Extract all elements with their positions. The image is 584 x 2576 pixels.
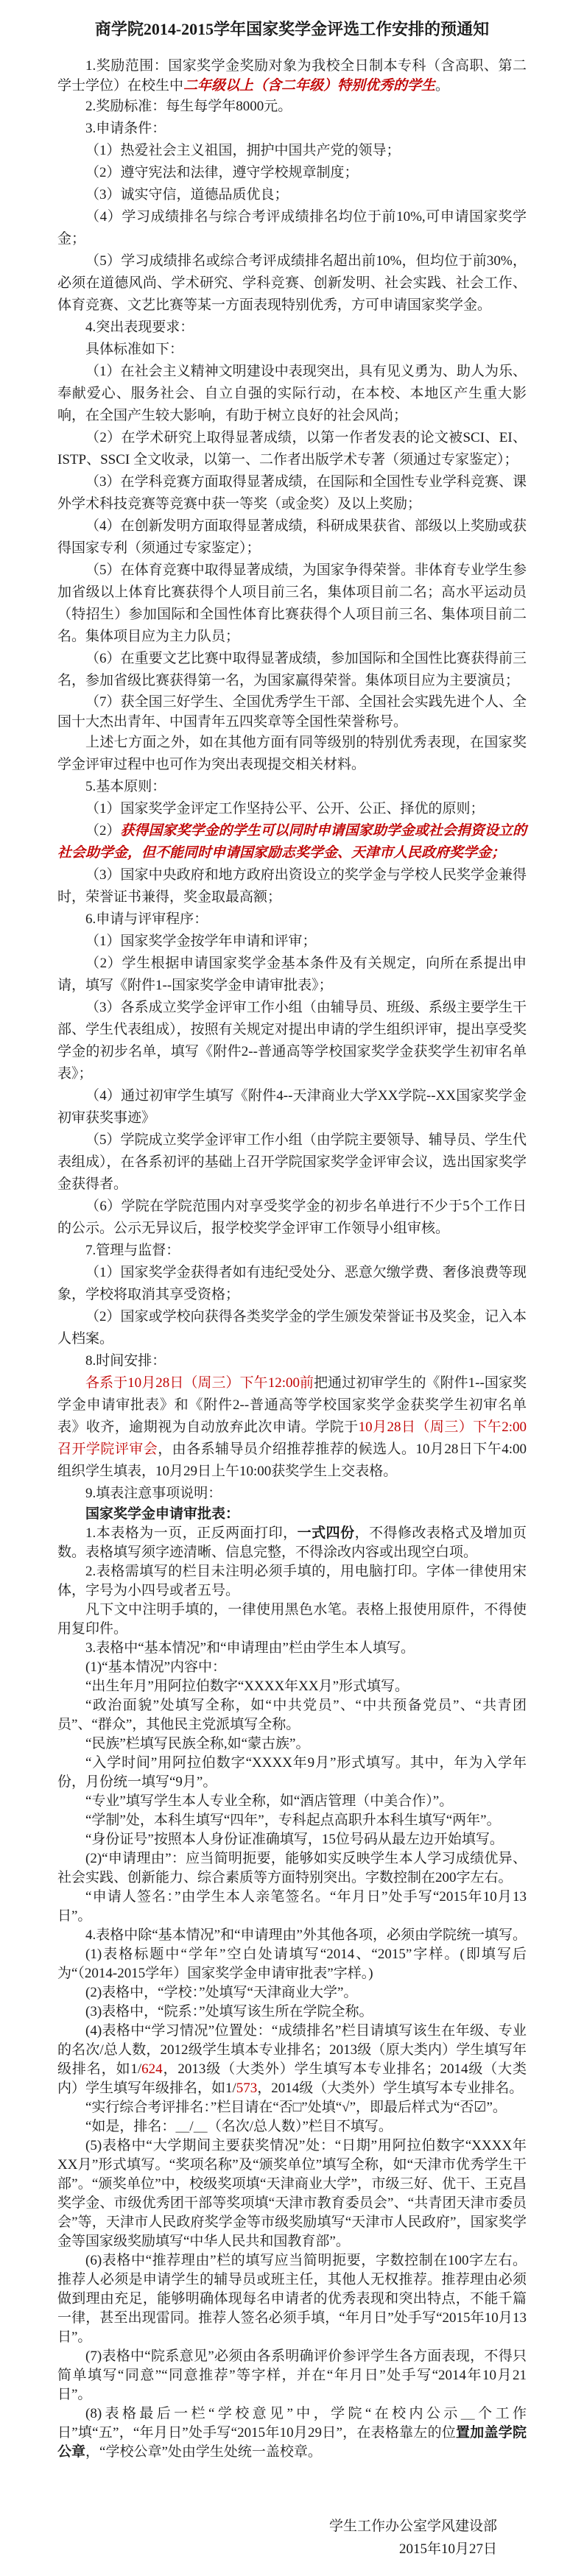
text-run: （1）热爱社会主义祖国，拥护中国共产党的领导； (85, 143, 401, 158)
paragraph: (4)表格中“学习情况”位置处：“成绩排名”栏目请填写该生在年级、专业的名次/总… (57, 2022, 527, 2098)
paragraph: 具体标准如下： (57, 339, 527, 361)
paragraph: （1）国家奖学金获得者如有违纪受处分、恶意欠缴学费、奢侈浪费等现象，学校将取消其… (57, 1262, 527, 1306)
text-run: （3）在学科竞赛方面取得显著成绩，在国际和全国性专业学科竞赛、课外学术科技竞赛等… (57, 474, 527, 512)
document-title: 商学院2014-2015学年国家奖学金评选工作安排的预通知 (57, 18, 527, 41)
paragraph: 1.本表格为一页，正反两面打印，一式四份，不得修改表格式及增加页数。表格填写须字… (57, 1524, 527, 1562)
paragraph: “专业”填写学生本人专业全称，如“酒店管理（中美合作）”。 (57, 1792, 527, 1811)
text-run: （2）在学术研究上取得显著成绩，以第一作者发表的论文被SCI、EI、ISTP、S… (57, 430, 527, 467)
text-run: （6）学院在学院范围内对享受奖学金的初步名单进行不少于5个工作日的公示。公示无异… (57, 1199, 527, 1236)
paragraph: 9.填表注意事项说明： (57, 1483, 527, 1505)
text-run-b: 国家奖学金申请审批表： (85, 1506, 239, 1522)
paragraph: （3）诚实守信，道德品质优良； (57, 184, 527, 206)
text-run: （3）诚实守信，道德品质优良； (85, 187, 289, 202)
text-run: ，“学校公章”处由学生处统一盖校章。 (85, 2444, 322, 2460)
text-run: （2） (85, 823, 121, 839)
paragraph: 4.突出表现要求： (57, 317, 527, 339)
text-run: 3.表格中“基本情况”和“申请理由”栏由学生本人填写。 (85, 1640, 415, 1656)
paragraph: 7.管理与监督： (57, 1240, 527, 1262)
paragraph: (3)表格中，“院系：”处填写该生所在学院全称。 (57, 2002, 527, 2022)
paragraph: （2）遵守宪法和法律，遵守学校规章制度； (57, 162, 527, 184)
text-run: “入学时间”用阿拉伯数字“XXXX年9月”形式填写。其中，年为入学年份，月份统一… (57, 1755, 527, 1790)
text-run: “身份证号”按照本人身份证准确填写，15位号码从最左边开始填写。 (85, 1832, 504, 1847)
paragraph: （2）学生根据申请国家奖学金基本条件及有关规定，向所在系提出申请，填写《附件1-… (57, 953, 527, 997)
paragraph: “身份证号”按照本人身份证准确填写，15位号码从最左边开始填写。 (57, 1830, 527, 1849)
text-run: （5）在体育竞赛中取得显著成绩，为国家争得荣誉。非体育专业学生参加省级以上体育比… (57, 562, 527, 644)
text-run: “申请人签名：”由学生本人亲笔签名。“年月日”处手写“2015年10月13日”。 (57, 1889, 527, 1924)
text-run: 4.突出表现要求： (85, 320, 194, 335)
text-run: （4）在创新发明方面取得显著成绩，科研成果获省、部级以上奖励或获得国家专利（须通… (57, 518, 527, 556)
text-run: “政治面貌”处填写全称，如“中共党员”、“中共预备党员”、“共青团员”、“群众”… (57, 1698, 527, 1732)
paragraph: 3.申请条件： (57, 118, 527, 140)
text-run: (7)表格中“院系意见”必须由各系明确评价参评学生各方面表现，不得只简单填写“同… (57, 2349, 527, 2402)
text-run-b: 一式四份 (298, 1525, 355, 1541)
text-run: (6)表格中“推荐理由”栏的填写应当简明扼要，字数控制在100字左右。推荐人必须… (57, 2253, 527, 2345)
paragraph: “民族”栏填写民族全称,如“蒙古族”。 (57, 1735, 527, 1754)
paragraph: “如是，排名：＿/＿（名次/总人数）”栏目不填写。 (57, 2117, 527, 2136)
paragraph: （5）在体育竞赛中取得显著成绩，为国家争得荣誉。非体育专业学生参加省级以上体育比… (57, 560, 527, 648)
text-run: （3）各系成立奖学金评审工作小组（由辅导员、班级、系级主要学生干部、学生代表组成… (57, 1000, 527, 1081)
paragraph: 3.表格中“基本情况”和“申请理由”栏由学生本人填写。 (57, 1639, 527, 1658)
paragraph: （4）通过初审学生填写《附件4--天津商业大学XX学院--XX国家奖学金初审获奖… (57, 1085, 527, 1129)
paragraph: （1）国家奖学金按学年申请和评审； (57, 931, 527, 953)
text-run: （1）在社会主义精神文明建设中表现突出，具有见义勇为、助人为乐、奉献爱心、服务社… (57, 364, 527, 423)
text-run: 6.申请与评审程序： (85, 911, 208, 927)
paragraph: “出生年月”用阿拉伯数字“XXXX年XX月”形式填写。 (57, 1677, 527, 1696)
paragraph: （2）获得国家奖学金的学生可以同时申请国家助学金或社会捐资设立的社会助学金，但不… (57, 820, 527, 864)
paragraph: （4）学习成绩排名与综合考评成绩排名均位于前10%,可申请国家奖学金； (57, 206, 527, 250)
paragraph: 6.申请与评审程序： (57, 908, 527, 931)
text-run: （1）国家奖学金评定工作坚持公平、公开、公正、择优的原则； (85, 801, 485, 816)
text-run: 上述七方面之外，如在其他方面有同等级别的特别优秀表现，在国家奖学金评审过程中也可… (57, 735, 527, 772)
signature-date: 2015年10月27日 (57, 2538, 497, 2561)
signature-block: 学生工作办公室学风建设部 2015年10月27日 (57, 2515, 527, 2561)
paragraph: (2)“申请理由”：应当简明扼要，能够如实反映学生本人学习成绩优异、社会实践、创… (57, 1849, 527, 1888)
text-run: “出生年月”用阿拉伯数字“XXXX年XX月”形式填写。 (85, 1679, 409, 1694)
text-run: 2.表格需填写的栏目未注明必须手填的，用电脑打印。字体一律使用宋体，字号为小四号… (57, 1564, 527, 1598)
text-run: ，2014级（大类外）学生填写本专业排名。 (257, 2081, 523, 2096)
text-run: （2）遵守宪法和法律，遵守学校规章制度； (85, 165, 359, 180)
paragraph: “政治面貌”处填写全称，如“中共党员”、“中共预备党员”、“共青团员”、“群众”… (57, 1696, 527, 1735)
text-run-r: 573 (236, 2081, 258, 2096)
text-run-r: 各系于10月28日（周三）下午12:00前 (85, 1375, 314, 1391)
text-run: “实行综合考评排名：”栏目请在“否□”处填“√”，即最后样式为“否☑”。 (85, 2100, 507, 2115)
paragraph: 各系于10月28日（周三）下午12:00前把通过初审学生的《附件1--国家奖学金… (57, 1372, 527, 1483)
paragraph: （5）学院成立奖学金评审工作小组（由学院主要领导、辅导员、学生代表组成），在各系… (57, 1129, 527, 1196)
text-run: 3.申请条件： (85, 121, 166, 136)
paragraph: 凡下文中注明手填的，一律使用黑色水笔。表格上报使用原件，不得使用复印件。 (57, 1601, 527, 1639)
text-run: （6）在重要文艺比赛中取得显著成绩，参加国际和全国性比赛获得前三名，参加省级比赛… (57, 651, 527, 688)
document-page: 商学院2014-2015学年国家奖学金评选工作安排的预通知 1.奖励范围：国家奖… (0, 0, 584, 2576)
text-run: “学制”处，本科生填写“四年”，专科起点高职升本科生填写“两年”。 (85, 1813, 501, 1828)
paragraph: (7)表格中“院系意见”必须由各系明确评价参评学生各方面表现，不得只简单填写“同… (57, 2347, 527, 2404)
text-run: (1)“基本情况”内容中： (85, 1659, 226, 1675)
paragraph: （4）在创新发明方面取得显著成绩，科研成果获省、部级以上奖励或获得国家专利（须通… (57, 515, 527, 560)
text-run: （5）学院成立奖学金评审工作小组（由学院主要领导、辅导员、学生代表组成），在各系… (57, 1132, 527, 1192)
paragraph: （1）在社会主义精神文明建设中表现突出，具有见义勇为、助人为乐、奉献爱心、服务社… (57, 361, 527, 427)
text-run: 9.填表注意事项说明： (85, 1486, 222, 1501)
text-run: （1）国家奖学金按学年申请和评审； (85, 934, 317, 949)
paragraph: （6）学院在学院范围内对享受奖学金的初步名单进行不少于5个工作日的公示。公示无异… (57, 1196, 527, 1240)
paragraph: （3）各系成立奖学金评审工作小组（由辅导员、班级、系级主要学生干部、学生代表组成… (57, 997, 527, 1085)
text-run: “如是，排名：＿/＿（名次/总人数）”栏目不填写。 (85, 2119, 393, 2134)
paragraph: 8.时间安排： (57, 1350, 527, 1372)
paragraph: “申请人签名：”由学生本人亲笔签名。“年月日”处手写“2015年10月13日”。 (57, 1888, 527, 1926)
paragraph: “入学时间”用阿拉伯数字“XXXX年9月”形式填写。其中，年为入学年份，月份统一… (57, 1754, 527, 1792)
paragraph: 国家奖学金申请审批表： (57, 1505, 527, 1524)
text-run: 5.基本原则： (85, 779, 166, 794)
signature-department: 学生工作办公室学风建设部 (57, 2515, 497, 2538)
paragraph: （2）国家或学校向获得各类奖学金的学生颁发荣誉证书及奖金，记入本人档案。 (57, 1306, 527, 1350)
paragraph: （1）国家奖学金评定工作坚持公平、公开、公正、择优的原则； (57, 798, 527, 820)
paragraph: (1)表格标题中“学年”空白处请填写“2014、“2015”字样。(即填写后为“… (57, 1945, 527, 1983)
text-run-ri: 获得国家奖学金的学生可以同时申请国家助学金或社会捐资设立的社会助学金，但不能同时… (57, 823, 527, 861)
paragraph: 2.表格需填写的栏目未注明必须手填的，用电脑打印。字体一律使用宋体，字号为小四号… (57, 1562, 527, 1601)
text-run: (3)表格中，“院系：”处填写该生所在学院全称。 (85, 2004, 373, 2019)
paragraph: (6)表格中“推荐理由”栏的填写应当简明扼要，字数控制在100字左右。推荐人必须… (57, 2251, 527, 2347)
paragraph: “实行综合考评排名：”栏目请在“否□”处填“√”，即最后样式为“否☑”。 (57, 2098, 527, 2117)
text-run: (5)表格中“大学期间主要获奖情况”处：“日期”用阿拉伯数字“XXXX年XX月”… (57, 2138, 527, 2249)
text-run: （2）国家或学校向获得各类奖学金的学生颁发荣誉证书及奖金，记入本人档案。 (57, 1309, 527, 1347)
paragraph: 2.奖励标准：每生每学年8000元。 (57, 96, 527, 118)
paragraph: （1）热爱社会主义祖国，拥护中国共产党的领导； (57, 140, 527, 162)
paragraph: 1.奖励范围：国家奖学金奖励对象为我校全日制本专科（含高职、第二学士学位）在校生… (57, 56, 527, 96)
text-run: 4.表格中除“基本情况”和“申请理由”外其他各项，必须由学院统一填写。 (85, 1927, 527, 1943)
paragraph: （6）在重要文艺比赛中取得显著成绩，参加国际和全国性比赛获得前三名，参加省级比赛… (57, 648, 527, 692)
paragraph: 上述七方面之外，如在其他方面有同等级别的特别优秀表现，在国家奖学金评审过程中也可… (57, 732, 527, 776)
document-body: 1.奖励范围：国家奖学金奖励对象为我校全日制本专科（含高职、第二学士学位）在校生… (57, 56, 527, 2462)
text-run: 2.奖励标准：每生每学年8000元。 (85, 99, 292, 114)
text-run: （3）国家中央政府和地方政府出资设立的奖学金与学校人民奖学金兼得时，荣誉证书兼得… (57, 867, 527, 905)
text-run: 凡下文中注明手填的，一律使用黑色水笔。表格上报使用原件，不得使用复印件。 (57, 1602, 527, 1637)
paragraph: （3）国家中央政府和地方政府出资设立的奖学金与学校人民奖学金兼得时，荣誉证书兼得… (57, 864, 527, 908)
text-run: 1.本表格为一页，正反两面打印， (85, 1525, 298, 1541)
text-run: （2）学生根据申请国家奖学金基本条件及有关规定，向所在系提出申请，填写《附件1-… (57, 956, 527, 993)
paragraph: 4.表格中除“基本情况”和“申请理由”外其他各项，必须由学院统一填写。 (57, 1926, 527, 1945)
text-run: 具体标准如下： (85, 342, 183, 357)
paragraph: （7）获全国三好学生、全国优秀学生干部、全国社会实践先进个人、全国十大杰出青年、… (57, 692, 527, 732)
text-run: （4）学习成绩排名与综合考评成绩排名均位于前10%,可申请国家奖学金； (57, 209, 527, 247)
paragraph: (5)表格中“大学期间主要获奖情况”处：“日期”用阿拉伯数字“XXXX年XX月”… (57, 2136, 527, 2251)
text-run: 。 (435, 78, 449, 93)
text-run: （1）国家奖学金获得者如有违纪受处分、恶意欠缴学费、奢侈浪费等现象，学校将取消其… (57, 1265, 527, 1302)
text-run-ri: 二年级以上（含二年级）特别优秀的学生 (183, 78, 435, 93)
text-run: (1)表格标题中“学年”空白处请填写“2014、“2015”字样。(即填写后为“… (57, 1947, 527, 1981)
paragraph: (1)“基本情况”内容中： (57, 1658, 527, 1677)
paragraph: (2)表格中，“学校：”处填写“天津商业大学”。 (57, 1983, 527, 2002)
text-run: “专业”填写学生本人专业全称，如“酒店管理（中美合作）”。 (85, 1793, 453, 1809)
text-run: (2)“申请理由”：应当简明扼要，能够如实反映学生本人学习成绩优异、社会实践、创… (57, 1851, 527, 1885)
paragraph: （3）在学科竞赛方面取得显著成绩，在国际和全国性专业学科竞赛、课外学术科技竞赛等… (57, 471, 527, 515)
paragraph: (8)表格最后一栏“学校意见”中，学院“在校内公示＿个工作日”填“五”，“年月日… (57, 2404, 527, 2462)
text-run: （4）通过初审学生填写《附件4--天津商业大学XX学院--XX国家奖学金初审获奖… (57, 1088, 527, 1126)
text-run: （5）学习成绩排名或综合考评成绩排名超出前10%，但均位于前30%，必须在道德风… (57, 253, 527, 313)
text-run: 8.时间安排： (85, 1353, 166, 1369)
paragraph: （5）学习成绩排名或综合考评成绩排名超出前10%，但均位于前30%，必须在道德风… (57, 250, 527, 317)
paragraph: 5.基本原则： (57, 776, 527, 798)
text-run: (2)表格中，“学校：”处填写“天津商业大学”。 (85, 1985, 357, 2000)
text-run: （7）获全国三好学生、全国优秀学生干部、全国社会实践先进个人、全国十大杰出青年、… (57, 694, 527, 730)
paragraph: （2）在学术研究上取得显著成绩，以第一作者发表的论文被SCI、EI、ISTP、S… (57, 427, 527, 471)
text-run: “民族”栏填写民族全称,如“蒙古族”。 (85, 1736, 309, 1751)
paragraph: “学制”处，本科生填写“四年”，专科起点高职升本科生填写“两年”。 (57, 1811, 527, 1830)
text-run-r: 624 (141, 2061, 163, 2077)
text-run: 7.管理与监督： (85, 1243, 180, 1258)
